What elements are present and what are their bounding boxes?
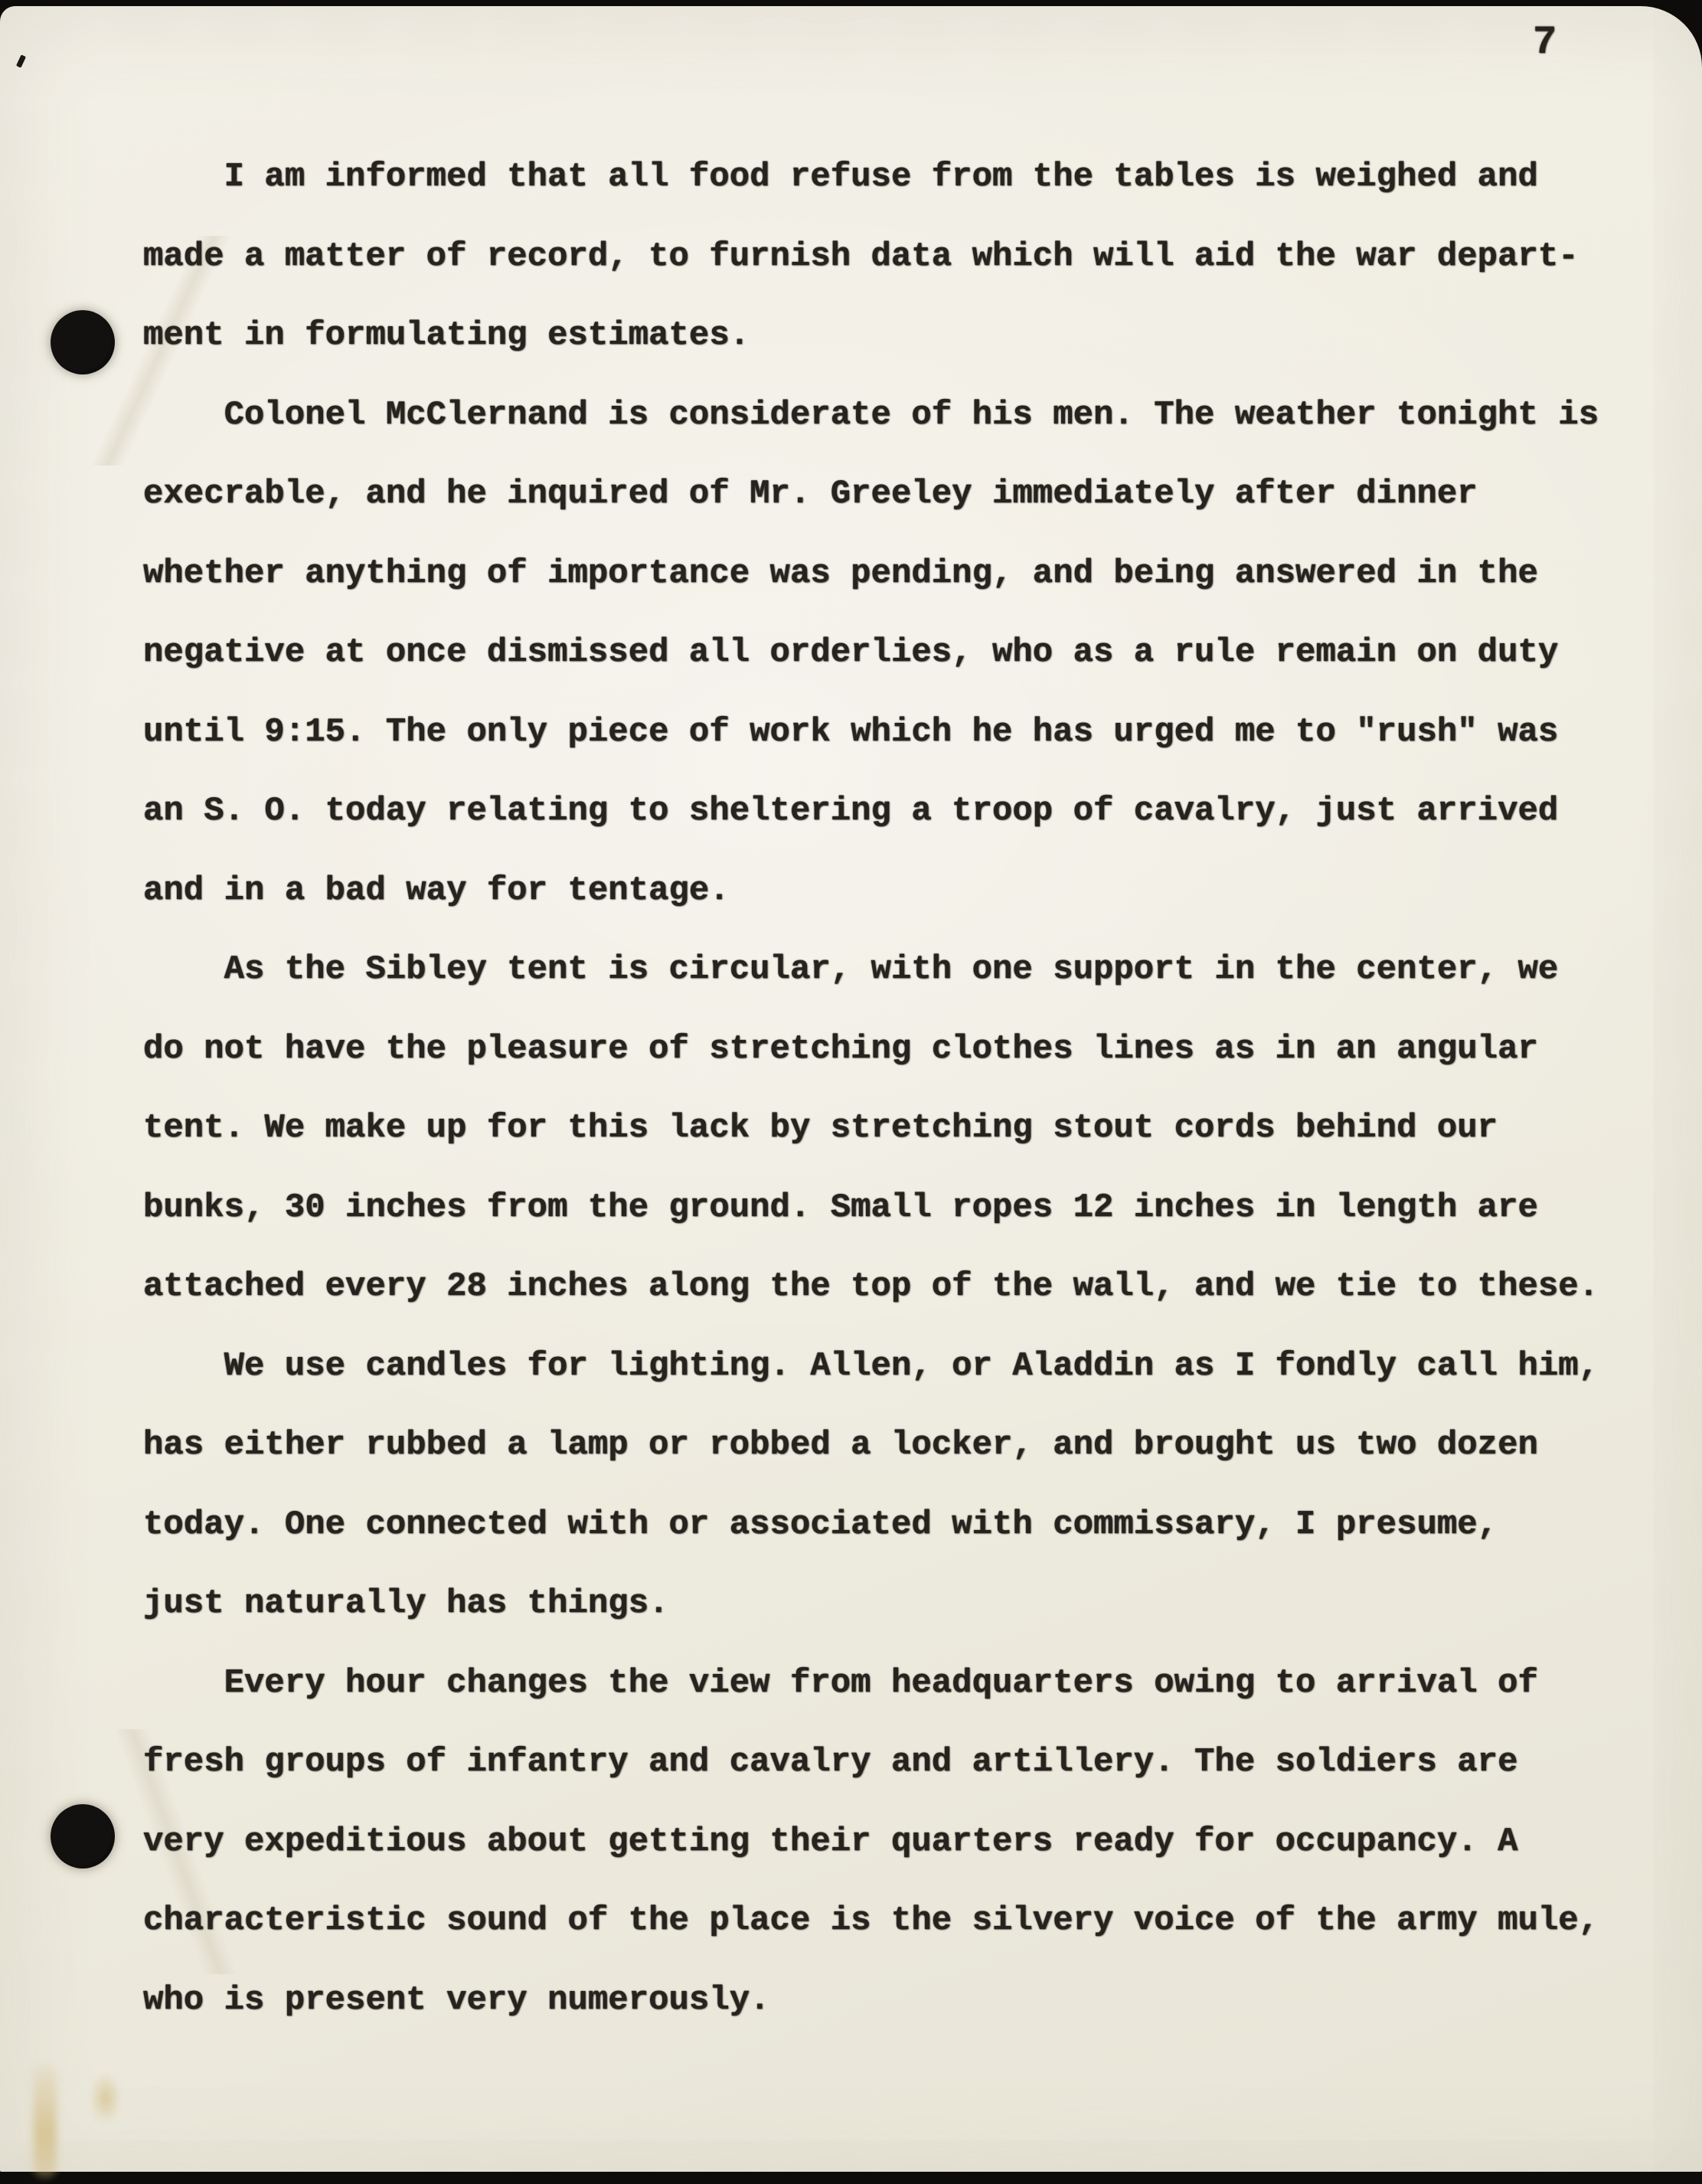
- text-line: We use candles for lighting. Allen, or A…: [143, 1327, 1655, 1407]
- page-number: 7: [1533, 20, 1557, 65]
- text-line: made a matter of record, to furnish data…: [143, 217, 1655, 297]
- text-line: today. One connected with or associated …: [143, 1486, 1655, 1565]
- text-line: attached every 28 inches along the top o…: [143, 1247, 1655, 1327]
- text-line: whether anything of importance was pendi…: [143, 535, 1655, 614]
- paper-stain: [90, 2074, 121, 2123]
- hole-punch-top: [51, 310, 115, 374]
- typewritten-text: I am informed that all food refuse from …: [143, 138, 1655, 2040]
- text-line: has either rubbed a lamp or robbed a loc…: [143, 1406, 1655, 1486]
- text-line: very expeditious about getting their qua…: [143, 1803, 1655, 1882]
- text-line: until 9:15. The only piece of work which…: [143, 693, 1655, 773]
- text-line: just naturally has things.: [143, 1564, 1655, 1644]
- text-line: an S. O. today relating to sheltering a …: [143, 772, 1655, 852]
- text-line: fresh groups of infantry and cavalry and…: [143, 1723, 1655, 1803]
- hole-punch-bottom: [51, 1804, 115, 1868]
- text-line: I am informed that all food refuse from …: [143, 138, 1655, 217]
- text-line: Colonel McClernand is considerate of his…: [143, 376, 1655, 456]
- text-line: execrable, and he inquired of Mr. Greele…: [143, 455, 1655, 535]
- paper-stain: [34, 2065, 57, 2178]
- text-line: ment in formulating estimates.: [143, 296, 1655, 376]
- text-line: tent. We make up for this lack by stretc…: [143, 1089, 1655, 1169]
- text-line: As the Sibley tent is circular, with one…: [143, 930, 1655, 1010]
- text-line: Every hour changes the view from headqua…: [143, 1644, 1655, 1724]
- scanned-document-background: { "page": { "number": "7", "colors": { "…: [0, 0, 1702, 2184]
- text-line: and in a bad way for tentage.: [143, 852, 1655, 931]
- ink-speck: [16, 54, 26, 67]
- text-line: do not have the pleasure of stretching c…: [143, 1010, 1655, 1090]
- text-line: characteristic sound of the place is the…: [143, 1882, 1655, 1961]
- text-line: negative at once dismissed all orderlies…: [143, 613, 1655, 693]
- text-line: bunks, 30 inches from the ground. Small …: [143, 1169, 1655, 1248]
- text-line: who is present very numerously.: [143, 1961, 1655, 2041]
